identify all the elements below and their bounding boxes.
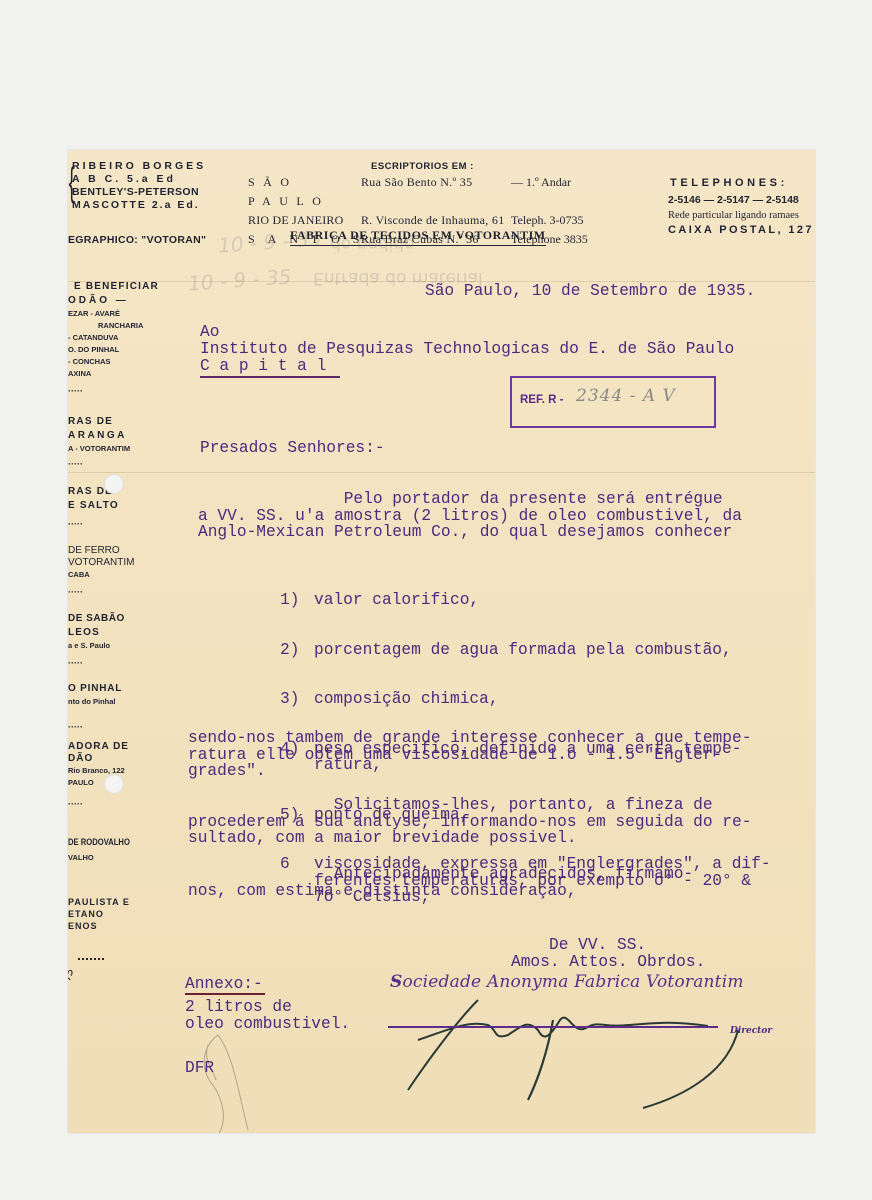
sidebar-line: - CATANDUVA	[68, 332, 153, 344]
code-line: RIBEIRO BORGES	[72, 160, 206, 173]
sidebar-line: O. DO PINHAL	[68, 344, 153, 356]
office-city: SÃO PAULO	[248, 173, 361, 211]
sidebar-line: DE SABÃO	[68, 612, 125, 626]
sidebar-group: O PINHAL nto do Pinhal ·····	[68, 682, 122, 732]
brace-glyph: {	[69, 162, 75, 202]
closing-line-2: Amos. Attos. Obrdos.	[511, 954, 705, 971]
annex-underline	[185, 993, 265, 995]
list-item: 1)valor calorifico,	[280, 592, 771, 609]
sidebar-line: - CONCHAS	[68, 356, 153, 368]
pencil-date-mark: 10 - 9 - 35	[187, 264, 292, 295]
phone-numbers: 2-5146 — 2-5147 — 2-5148	[668, 194, 799, 206]
sidebar-line: ODÃO —	[68, 294, 153, 308]
sidebar-line: E BENEFICIAR	[74, 280, 159, 294]
sidebar-line: ETANO	[68, 908, 130, 920]
sidebar-line: ADORA DE	[68, 741, 129, 753]
text-line: valor calorifico,	[314, 592, 479, 609]
sidebar-group: DE FERRO VOTORANTIM CABA ·····	[68, 545, 134, 597]
sidebar-group: E BENEFICIAR ODÃO — EZAR - AVARÉ RANCHAR…	[68, 280, 153, 396]
sidebar-line: PAULISTA E	[68, 896, 130, 908]
sidebar-line: A - VOTORANTIM	[68, 443, 130, 455]
office-address: Rua São Bento N.º 35	[361, 173, 511, 211]
salutation: Presados Senhores:-	[200, 440, 385, 457]
sidebar-group: PAULISTA E ETANO ENOS	[68, 896, 130, 932]
divider-dots: ·····	[68, 799, 129, 809]
sidebar-line: VOTORANTIM	[68, 557, 134, 569]
sidebar-line: ENOS	[68, 920, 130, 932]
phones-title: TELEPHONES:	[670, 177, 788, 189]
text-line: Pelo portador da presente será entrégue	[198, 491, 742, 508]
code-line: A B C. 5.a Ed	[72, 173, 206, 186]
pencil-date-mark: 10 - 9 - 35	[217, 226, 322, 257]
po-box: CAIXA POSTAL, 127	[668, 224, 814, 236]
signature-title: Director	[730, 1026, 772, 1036]
sidebar-line: ARANGA	[68, 429, 130, 443]
reference-stamp: REF. R - 2344 - A V	[510, 376, 716, 428]
sidebar-line: DE RODOVALHO	[68, 836, 130, 848]
offices-title: ESCRIPTORIOS EM :	[371, 161, 474, 172]
annex-label: Annexo:-	[185, 976, 263, 993]
private-network: Rede particular ligando ramaes	[668, 210, 799, 221]
list-item: 2)porcentagem de agua formada pela combu…	[280, 642, 771, 659]
text-line: 2 litros de	[185, 999, 350, 1016]
sidebar-group: DE SABÃO LEOS a e S. Paulo ·····	[68, 612, 125, 668]
handwritten-signature	[388, 980, 788, 1110]
reference-label: REF. R -	[520, 394, 563, 406]
divider-dots: ·····	[68, 459, 130, 469]
list-item: 3)composição chimica,	[280, 691, 771, 708]
text-line: grades".	[188, 763, 751, 780]
sidebar-line: DE FERRO	[68, 545, 134, 557]
sidebar-line: RANCHARIA	[68, 320, 153, 332]
sidebar-line: E SALTO	[68, 499, 119, 513]
sidebar-line: AXINA	[68, 368, 153, 380]
sidebar-line: VALHO	[68, 852, 141, 864]
sidebar-line: LEOS	[68, 626, 125, 640]
fold-line	[68, 472, 815, 473]
reference-handwritten: 2344 - A V	[576, 386, 676, 406]
letter-page: { RIBEIRO BORGES A B C. 5.a Ed BENTLEY'S…	[68, 150, 815, 1133]
text-line: Anglo-Mexican Petroleum Co., do qual des…	[198, 524, 742, 541]
typist-initials: DFR	[185, 1060, 214, 1077]
divider-dots: ·····	[68, 386, 153, 396]
sidebar-group: RAS DE ARANGA A - VOTORANTIM ·····	[68, 415, 130, 469]
divider-dots: ·····	[68, 722, 122, 732]
annex-contents: 2 litros deoleo combustivel.	[185, 999, 350, 1032]
punch-hole	[104, 774, 124, 794]
sidebar-line: CABA	[68, 569, 134, 581]
factory-title: FABRICA DE TECIDOS EM VOTORANTIM	[290, 228, 546, 246]
text-line: Solicitamos-lhes, portanto, a fineza de	[188, 797, 751, 814]
text-line: sultado, com a maior brevidade possivel.	[188, 830, 751, 847]
text-line: Antecipadamente agradecidos, firmamo-	[188, 866, 693, 883]
text-line: porcentagem de agua formada pela combust…	[314, 642, 732, 659]
recipient-prefix: Ao	[200, 324, 219, 341]
recipient-name: Instituto de Pesquizas Technologicas do …	[200, 341, 734, 358]
divider-dots: ·····	[68, 658, 125, 668]
punch-hole	[104, 474, 124, 494]
telegraphic-address: EGRAPHICO: "VOTORAN"	[68, 234, 206, 246]
text-line: nos, com estima e distinta consideração,	[188, 883, 693, 900]
sidebar-line: RAS DE	[68, 415, 130, 429]
sidebar-line: EZAR - AVARÉ	[68, 308, 153, 320]
divider-dots: ·····	[68, 587, 134, 597]
text-line: sendo-nos tambem de grande interesse con…	[188, 730, 751, 747]
date-line: São Paulo, 10 de Setembro de 1935.	[425, 283, 755, 300]
office-extra: — 1.º Andar	[511, 173, 621, 211]
paragraph-2: sendo-nos tambem de grande interesse con…	[188, 730, 751, 780]
office-row: SÃO PAULO Rua São Bento N.º 35 — 1.º And…	[248, 173, 621, 211]
sidebar-line: nto do Pinhal	[68, 696, 122, 708]
pencil-scribble	[188, 1030, 258, 1133]
telegraph-codes: { RIBEIRO BORGES A B C. 5.a Ed BENTLEY'S…	[72, 160, 206, 212]
divider-dots: ·····	[68, 519, 119, 529]
list-number: 1)	[280, 592, 314, 609]
faded-stamp-text: do pedido	[330, 234, 415, 254]
paragraph-4: Antecipadamente agradecidos, firmamo-nos…	[188, 866, 693, 899]
text-line: ratura elle obtem uma viscosidade de 1.o…	[188, 747, 751, 764]
paragraph-1: Pelo portador da presente será entréguea…	[198, 491, 742, 541]
code-line: BENTLEY'S-PETERSON	[72, 186, 206, 199]
sidebar-line: DÃO	[68, 753, 129, 765]
scroll-ornament-icon: ღ	[68, 965, 73, 981]
signature-line	[388, 1026, 718, 1028]
divider-dots	[78, 958, 104, 960]
paragraph-3: Solicitamos-lhes, portanto, a fineza dep…	[188, 797, 751, 847]
text-line: procederem á sua analyse, informando-nos…	[188, 814, 751, 831]
closing-line-1: De VV. SS.	[549, 937, 646, 954]
text-line: a VV. SS. u'a amostra (2 litros) de oleo…	[198, 508, 742, 525]
recipient-city: C a p i t a l	[200, 358, 340, 378]
sidebar-line: O PINHAL	[68, 682, 122, 696]
list-number: 3)	[280, 691, 314, 708]
code-line: MASCOTTE 2.a Ed.	[72, 199, 206, 212]
sidebar-group: DE RODOVALHO VALHO	[68, 836, 141, 864]
text-line: composição chimica,	[314, 691, 499, 708]
sidebar-line: a e S. Paulo	[68, 640, 125, 652]
list-number: 2)	[280, 642, 314, 659]
